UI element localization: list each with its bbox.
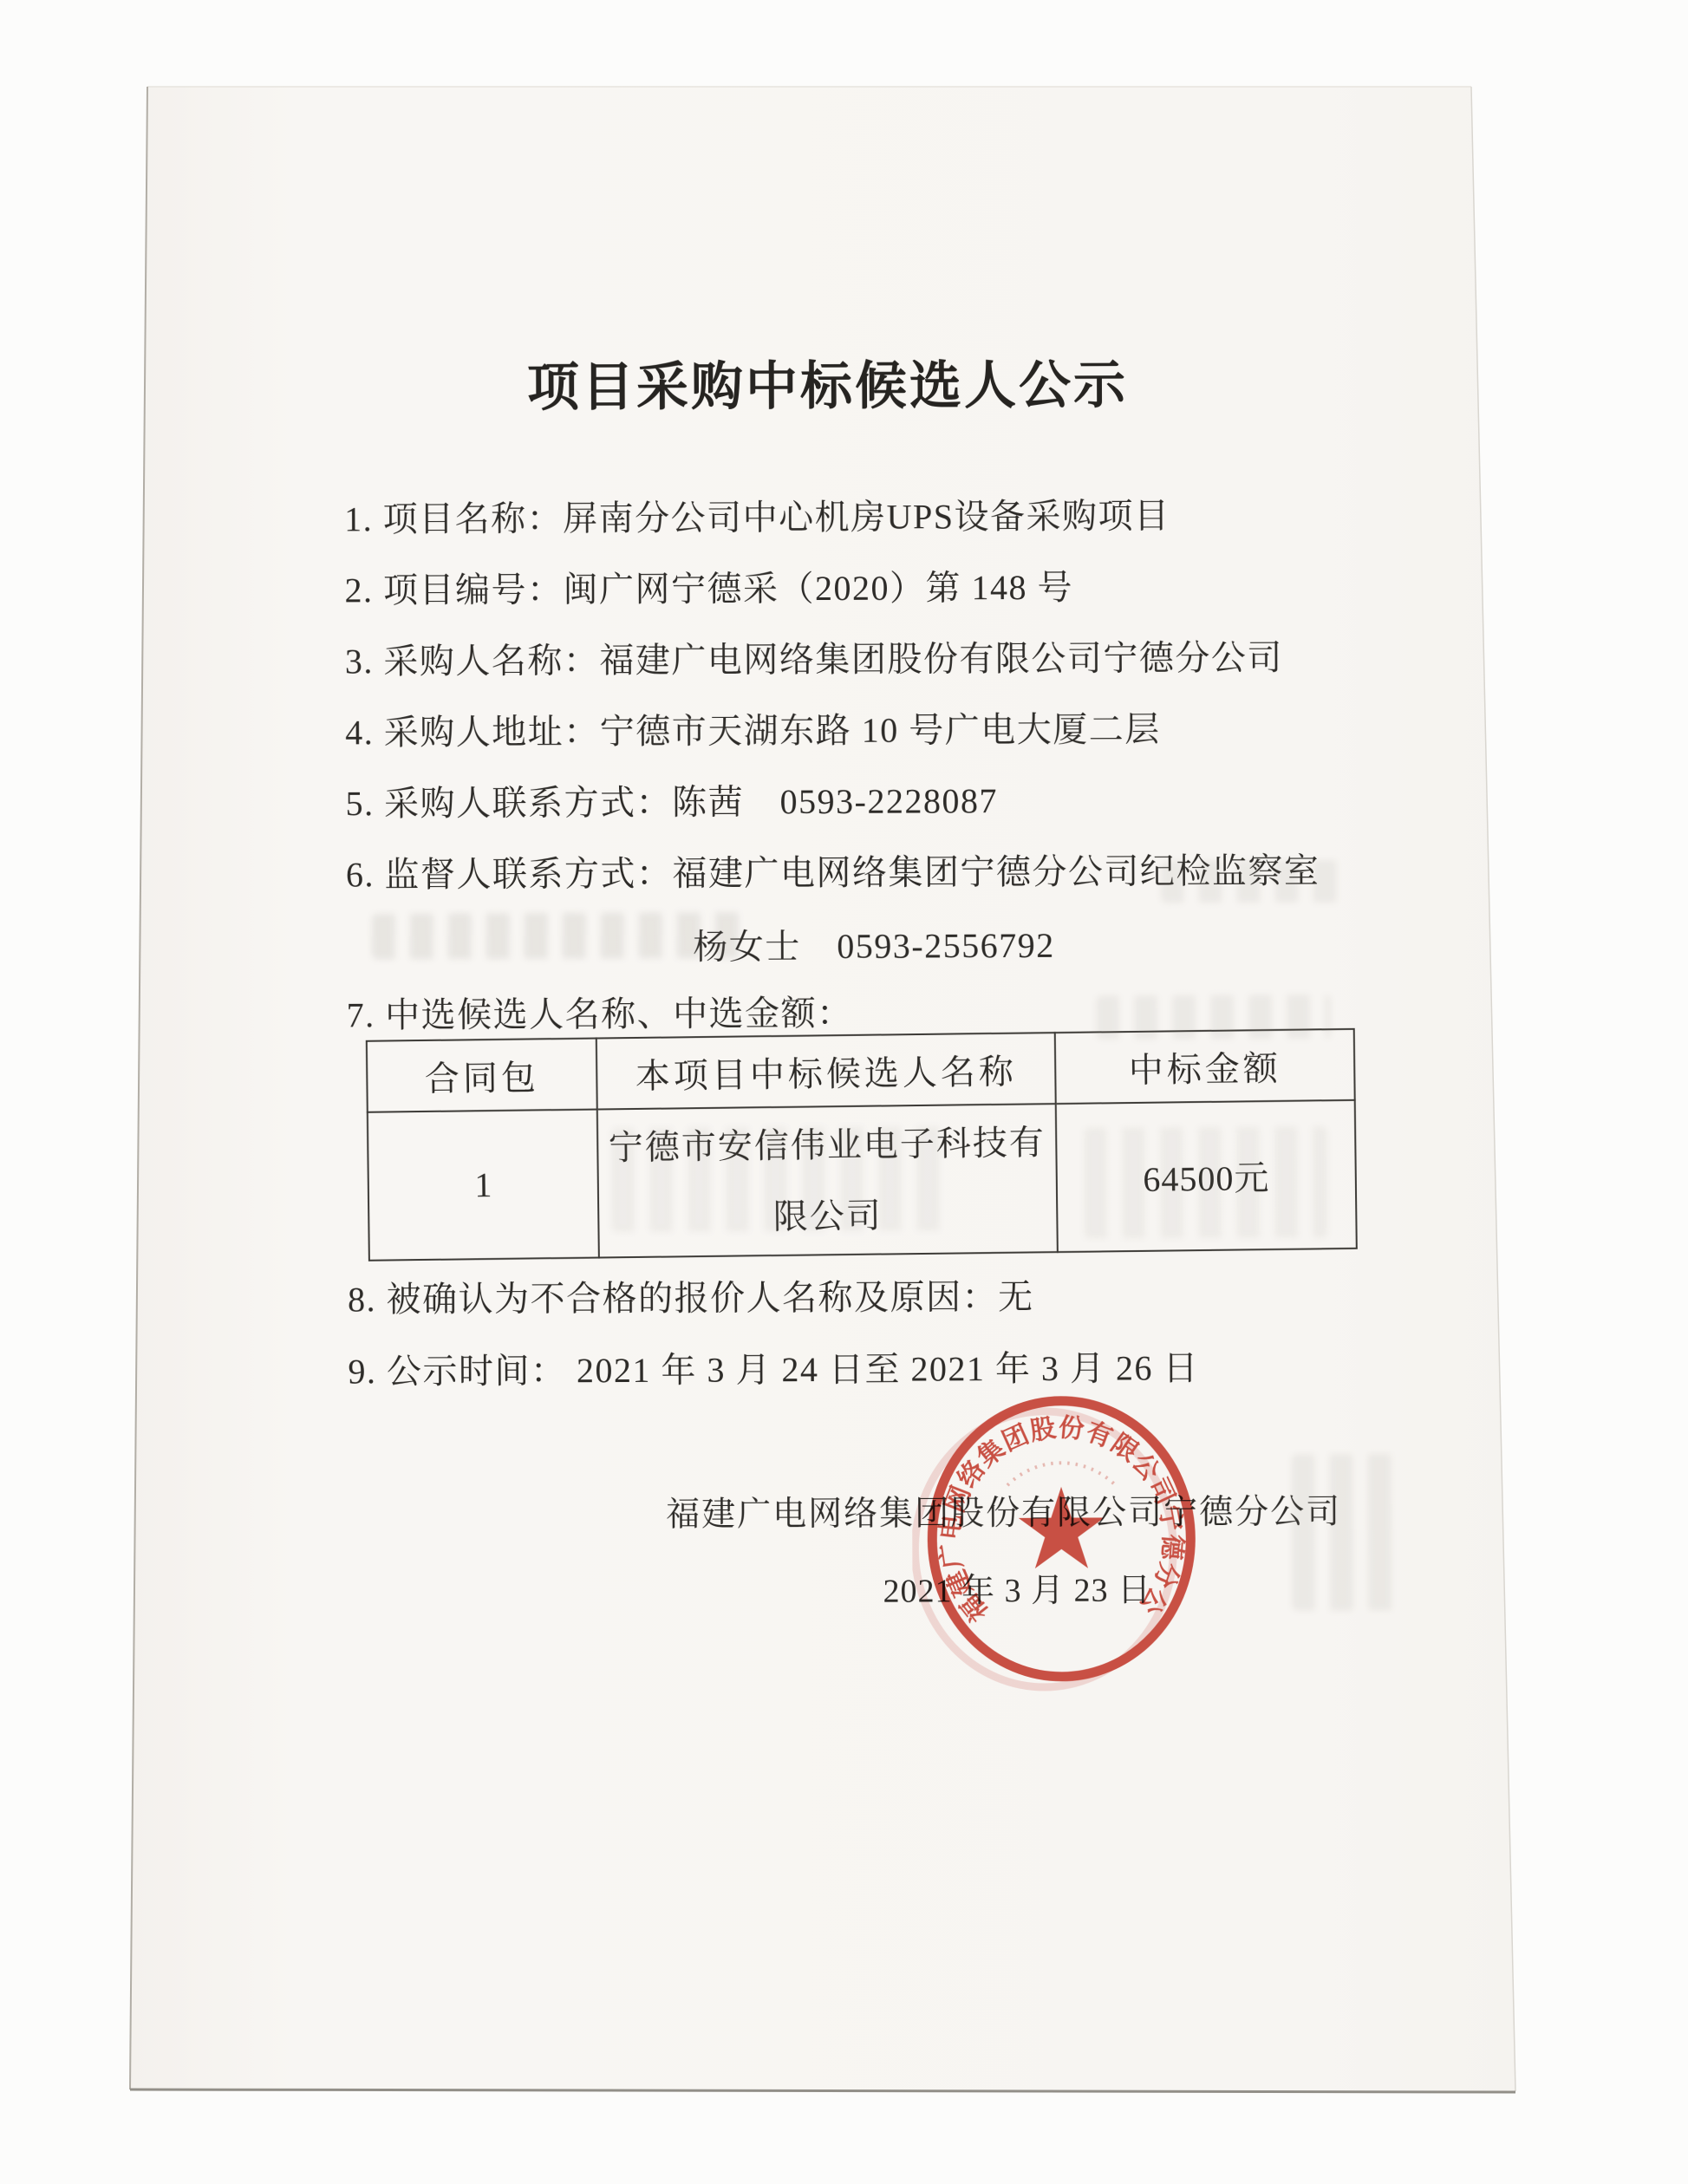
seal-star — [1019, 1487, 1105, 1569]
bleed-through-artifact — [372, 912, 745, 959]
list-item-7: 7. 中选候选人名称、中选金额： — [347, 991, 853, 1039]
header-package: 合同包 — [367, 1039, 597, 1112]
header-amount: 中标金额 — [1055, 1029, 1355, 1104]
cell-package: 1 — [368, 1110, 599, 1261]
bleed-through-artifact — [1292, 1454, 1405, 1611]
official-seal: 福建广电网络集团股份有限公司宁德分公司 — [912, 1382, 1212, 1698]
list-item-4: 4. 采购人地址：宁德市天湖东路 10 号广电大厦二层 — [345, 707, 1161, 755]
bleed-through-artifact — [1161, 860, 1343, 903]
list-item-1: 1. 项目名称：屏南分公司中心机房UPS设备采购项目 — [344, 493, 1170, 542]
document-content: 项目采购中标候选人公示 1. 项目名称：屏南分公司中心机房UPS设备采购项目 2… — [0, 0, 1688, 2184]
seal-serial-arc — [1007, 1463, 1115, 1485]
bleed-through-artifact — [1097, 994, 1331, 1039]
header-candidate: 本项目中标候选人名称 — [596, 1033, 1056, 1109]
seal-ring-text: 福建广电网络集团股份有限公司宁德分公司 — [912, 1382, 1188, 1627]
item6-continuation: 杨女士 0593-2556792 — [693, 923, 1055, 970]
bleed-through-artifact — [1084, 1126, 1327, 1238]
page-title: 项目采购中标候选人公示 — [307, 342, 1347, 421]
list-item-5: 5. 采购人联系方式：陈茜 0593-2228087 — [345, 779, 998, 826]
list-item-3: 3. 采购人名称：福建广电网络集团股份有限公司宁德分公司 — [345, 636, 1283, 685]
table-header-row: 合同包 本项目中标候选人名称 中标金额 — [367, 1029, 1355, 1112]
bleed-through-artifact — [611, 1126, 950, 1232]
list-item-8: 8. 被确认为不合格的报价人名称及原因：无 — [348, 1275, 1034, 1322]
list-item-2: 2. 项目编号：闽广网宁德采（2020）第 148 号 — [344, 565, 1073, 614]
seal-ring-text-wrap: 福建广电网络集团股份有限公司宁德分公司 — [912, 1382, 1188, 1627]
